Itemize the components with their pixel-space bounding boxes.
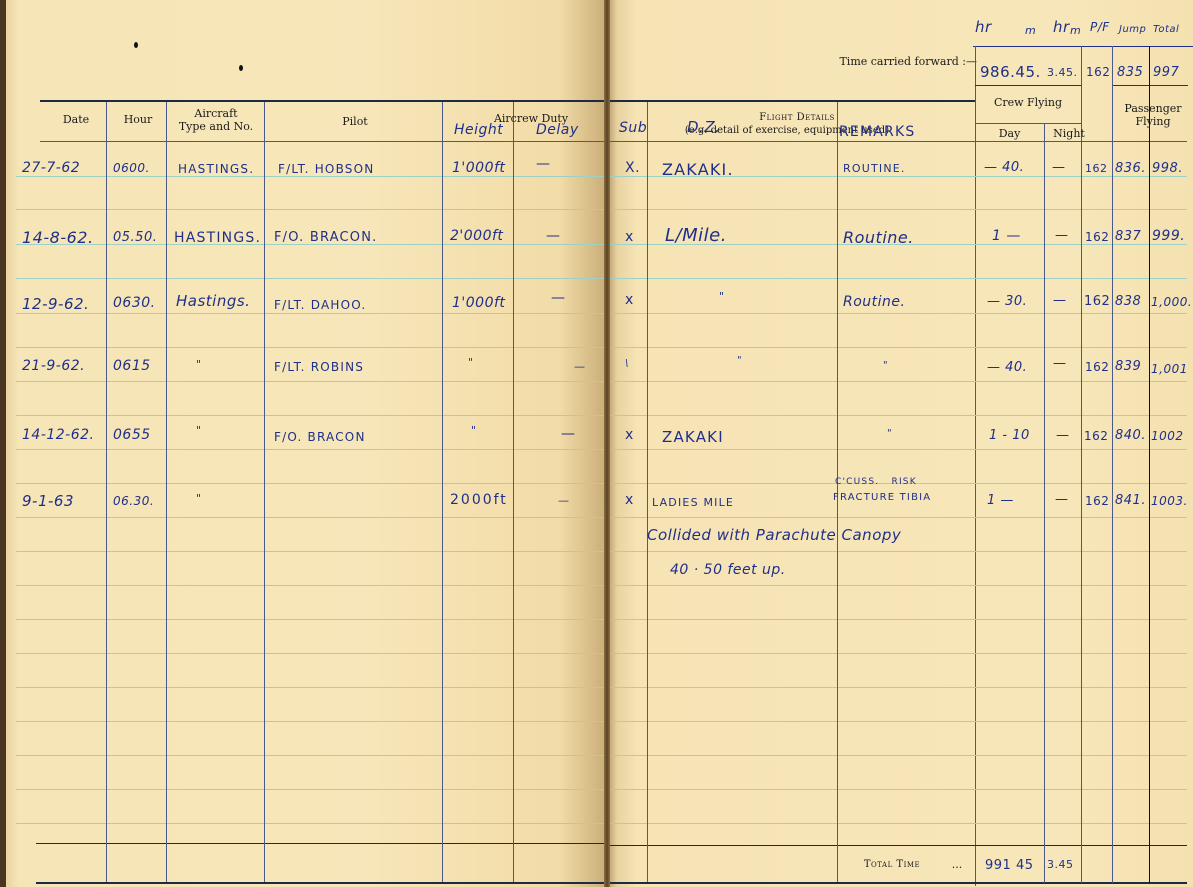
cf-jumps: 835 bbox=[1117, 65, 1143, 80]
col-annotation-hr: hr bbox=[975, 18, 992, 36]
row5-height: " bbox=[471, 424, 477, 437]
row4-day: — 40. bbox=[987, 360, 1027, 375]
row3-pf: 162 bbox=[1084, 294, 1110, 309]
col-divider bbox=[1112, 46, 1113, 883]
row5-aircraft: " bbox=[196, 424, 202, 437]
left-page: Date Hour Aircraft Type and No. Pilot Ai… bbox=[0, 0, 607, 887]
header-pilot: Pilot bbox=[268, 115, 442, 128]
row5-delay: — bbox=[561, 426, 576, 442]
total-top-rule bbox=[36, 843, 613, 844]
ledger-line bbox=[607, 653, 1187, 654]
row5-date: 14-12-62. bbox=[22, 427, 95, 443]
row1-jumps: 836. bbox=[1115, 161, 1146, 176]
row6-remarks: FRACTURE TIBIA bbox=[833, 492, 931, 503]
row1-aircraft: HASTINGS. bbox=[178, 162, 254, 176]
ledger-line bbox=[607, 823, 1187, 824]
row6-jumps: 841. bbox=[1115, 493, 1146, 508]
header-aircraft: Aircraft Type and No. bbox=[168, 107, 264, 133]
incident-note-line1: Collided with Parachute Canopy bbox=[647, 526, 901, 544]
page-bottom-rule bbox=[607, 882, 1187, 884]
row5-pilot: F/O. BRACON bbox=[274, 430, 366, 444]
row6-height: 2000ft bbox=[450, 492, 508, 508]
row1-remarks: ROUTINE. bbox=[843, 162, 906, 175]
row1-hour: 0600. bbox=[113, 161, 150, 175]
row6-aircraft: " bbox=[196, 492, 202, 505]
row2-jumps: 837 bbox=[1115, 229, 1141, 244]
row1-sub: X. bbox=[625, 160, 640, 176]
annotation-underline bbox=[973, 46, 1193, 47]
ledger-line bbox=[607, 517, 1187, 518]
row1-night: — bbox=[1052, 160, 1066, 175]
row1-pf: 162 bbox=[1085, 162, 1108, 175]
row1-pilot: F/LT. HOBSON bbox=[278, 162, 374, 176]
header-hour: Hour bbox=[110, 113, 166, 126]
ink-spot bbox=[239, 65, 243, 71]
header-bottom-rule bbox=[607, 141, 1187, 142]
row4-aircraft: " bbox=[196, 358, 202, 371]
handwritten-sub-header: Sub bbox=[619, 120, 647, 136]
ledger-line bbox=[607, 449, 1187, 450]
row6-night: — bbox=[1055, 492, 1069, 507]
row4-dz: " bbox=[737, 355, 742, 366]
row3-day: — 30. bbox=[987, 294, 1027, 309]
ledger-line bbox=[607, 687, 1187, 688]
total-time-night: 3.45 bbox=[1047, 858, 1074, 871]
row4-height: " bbox=[468, 356, 474, 369]
ledger-line bbox=[607, 585, 1187, 586]
header-top-rule bbox=[40, 100, 613, 102]
col-divider bbox=[1081, 46, 1082, 883]
row2-hour: 05.50. bbox=[113, 230, 157, 245]
row3-jumps: 838 bbox=[1115, 294, 1141, 309]
col-divider bbox=[166, 102, 167, 882]
header-day: Day bbox=[975, 127, 1044, 140]
row4-sub: \ bbox=[625, 358, 629, 369]
col-divider bbox=[106, 102, 107, 882]
row1-delay: — bbox=[536, 156, 551, 172]
row6-date: 9-1-63 bbox=[22, 492, 74, 510]
cf-night: 3.45. bbox=[1047, 66, 1078, 79]
row2-date: 14-8-62. bbox=[22, 228, 94, 247]
cf-box-left bbox=[975, 46, 976, 886]
row5-sub: x bbox=[625, 427, 634, 443]
col-annotation-m2: m bbox=[1070, 24, 1081, 37]
row4-night: — bbox=[1053, 356, 1067, 371]
page-bottom-rule bbox=[36, 882, 613, 884]
row2-height: 2'000ft bbox=[450, 228, 503, 244]
time-carried-forward-label: Time carried forward :— bbox=[807, 55, 977, 68]
cf-total: 997 bbox=[1153, 65, 1179, 80]
row4-delay: — bbox=[574, 360, 586, 373]
ledger-line bbox=[607, 755, 1187, 756]
header-crew-flying: Crew Flying bbox=[975, 96, 1081, 109]
row6-pf: 162 bbox=[1085, 494, 1109, 508]
row6-remarks-line1: C'CUSS. RISK bbox=[835, 477, 917, 487]
row2-sub: x bbox=[625, 229, 634, 245]
row4-total: 1,001 bbox=[1151, 362, 1188, 376]
col-divider bbox=[264, 102, 265, 882]
row5-pf: 162 bbox=[1084, 429, 1108, 443]
row2-total: 999. bbox=[1152, 228, 1185, 244]
row5-dz: ZAKAKI bbox=[662, 428, 724, 446]
row3-total: 1,000. bbox=[1151, 295, 1192, 309]
row6-delay: — bbox=[558, 494, 570, 507]
row1-height: 1'000ft bbox=[452, 160, 505, 176]
row4-remarks: " bbox=[883, 360, 888, 371]
row2-delay: — bbox=[546, 228, 561, 244]
row5-night: — bbox=[1056, 428, 1070, 443]
row5-total: 1002 bbox=[1151, 429, 1184, 443]
col-divider bbox=[1044, 123, 1045, 883]
row6-hour: 06.30. bbox=[113, 494, 154, 508]
col-divider bbox=[442, 102, 443, 882]
row2-aircraft: HASTINGS. bbox=[174, 230, 261, 246]
col-annotation-hr2: hr bbox=[1053, 18, 1070, 36]
row3-dz: " bbox=[719, 290, 725, 303]
incident-note-line2: 40 · 50 feet up. bbox=[670, 562, 786, 578]
col-divider bbox=[647, 102, 648, 882]
row3-delay: — bbox=[551, 290, 566, 306]
ledger-line bbox=[607, 551, 1187, 552]
row3-pilot: F/LT. DAHOO. bbox=[274, 298, 366, 312]
row4-hour: 0615 bbox=[113, 358, 151, 374]
ledger-line bbox=[607, 789, 1187, 790]
row3-hour: 0630. bbox=[113, 295, 156, 311]
ledger-line bbox=[607, 619, 1187, 620]
total-top-rule bbox=[607, 845, 1187, 846]
header-bottom-rule bbox=[40, 141, 613, 142]
cf-day: 986.45. bbox=[980, 63, 1041, 81]
row2-pf: 162 bbox=[1085, 230, 1109, 244]
row6-sub: x bbox=[625, 492, 634, 508]
row2-dz: L/Mile. bbox=[665, 225, 727, 246]
handwritten-height-header: Height bbox=[454, 122, 503, 138]
ledger-line bbox=[607, 721, 1187, 722]
header-date: Date bbox=[46, 113, 106, 126]
row1-total: 998. bbox=[1152, 161, 1183, 176]
header-passenger-flying: Passenger Flying bbox=[1115, 102, 1191, 128]
row3-aircraft: Hastings. bbox=[176, 292, 250, 310]
row6-dz: LADIES MILE bbox=[652, 496, 734, 509]
cf-underline bbox=[1112, 85, 1188, 86]
ledger-line bbox=[607, 313, 1187, 314]
row4-jumps: 839 bbox=[1115, 359, 1141, 374]
ledger-line bbox=[607, 415, 1187, 416]
row1-dz: ZAKAKI. bbox=[662, 160, 734, 179]
row5-jumps: 840. bbox=[1115, 428, 1146, 443]
row3-sub: x bbox=[625, 292, 634, 308]
cf-pf: 162 bbox=[1086, 65, 1110, 79]
row3-remarks: Routine. bbox=[843, 294, 905, 310]
row3-date: 12-9-62. bbox=[22, 295, 89, 313]
header-flight-details: Flight Details bbox=[737, 111, 857, 124]
row6-day: 1 — bbox=[987, 493, 1014, 508]
row6-total: 1003. bbox=[1151, 494, 1188, 508]
col-divider bbox=[1149, 46, 1150, 883]
row4-date: 21-9-62. bbox=[22, 358, 85, 374]
header-night: Night bbox=[1044, 127, 1094, 140]
crew-flying-subrule bbox=[975, 123, 1081, 124]
book-spine-gutter bbox=[604, 0, 610, 887]
row2-remarks: Routine. bbox=[843, 228, 914, 247]
col-divider bbox=[513, 102, 514, 882]
row5-hour: 0655 bbox=[113, 427, 151, 443]
row5-day: 1 - 10 bbox=[989, 428, 1030, 443]
ledger-line bbox=[607, 278, 1187, 279]
row2-day: 1 — bbox=[992, 228, 1021, 244]
ink-spot bbox=[134, 42, 138, 48]
col-annotation-total: Total bbox=[1153, 24, 1179, 35]
row2-night: — bbox=[1055, 228, 1069, 243]
row1-date: 27-7-62 bbox=[22, 160, 80, 176]
col-annotation-jump: Jump bbox=[1119, 24, 1146, 35]
ledger-line bbox=[607, 209, 1187, 210]
ledger-line bbox=[607, 347, 1187, 348]
row4-pf: 162 bbox=[1085, 360, 1109, 374]
row5-remarks: " bbox=[887, 428, 892, 439]
total-time-label: Total Time bbox=[842, 858, 942, 871]
row3-night: — bbox=[1053, 293, 1067, 308]
row4-pilot: F/LT. ROBINS bbox=[274, 360, 364, 374]
cf-underline bbox=[975, 85, 1081, 86]
row2-pilot: F/O. BRACON. bbox=[274, 230, 377, 245]
total-time-day: 991 45 bbox=[985, 858, 1034, 873]
header-top-rule bbox=[607, 100, 975, 102]
col-annotation-m: m bbox=[1025, 24, 1036, 37]
row1-day: — 40. bbox=[984, 160, 1024, 175]
handwritten-delay-header: Delay bbox=[536, 122, 579, 138]
total-time-dots: ... bbox=[947, 858, 967, 871]
ledger-line bbox=[607, 381, 1187, 382]
handwritten-remarks-header: REMARKS bbox=[839, 124, 915, 140]
col-annotation-pf: P/F bbox=[1090, 20, 1110, 34]
handwritten-dz-header: D.Z. bbox=[687, 118, 720, 136]
right-page: hr m hr m P/F Jump Total Time carried fo… bbox=[607, 0, 1193, 887]
row3-height: 1'000ft bbox=[452, 295, 505, 311]
